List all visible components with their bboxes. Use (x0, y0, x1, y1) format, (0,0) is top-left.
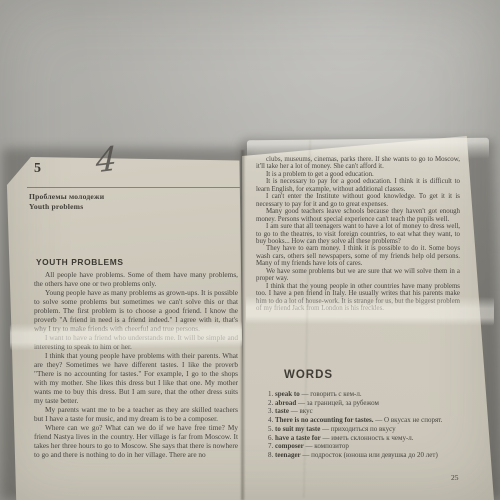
page-seam (240, 150, 245, 500)
chapter-title-en: Youth problems (29, 202, 104, 212)
vocab-number: 2. (268, 399, 273, 407)
paragraph: It is necessary to pay for a good educat… (256, 178, 460, 193)
paragraph: Many good teachers leave schools because… (256, 208, 460, 223)
vocab-item: 3. taste — вкус (268, 407, 444, 415)
paragraph: I think that the young people in other c… (256, 283, 460, 313)
paragraph: All people have problems. Some of them h… (34, 270, 238, 288)
vocab-ru: — за границей, за рубежом (298, 399, 379, 407)
paragraph: Young people have as many problems as gr… (34, 288, 238, 333)
vocab-ru: — говорить с кем-л. (301, 390, 361, 398)
paragraph: My parents want me to be a teacher as th… (34, 405, 238, 423)
vocab-item: 2. abroad — за границей, за рубежом (268, 399, 444, 407)
paragraph: I can't enter the Institute without good… (256, 193, 460, 208)
section-heading: YOUTH PROBLEMS (36, 257, 124, 267)
vocab-item: 6. have a taste for — иметь склонность к… (268, 434, 444, 442)
vocab-en: teenager (275, 451, 301, 459)
vocab-item: 4. There is no accounting for tastes. — … (268, 416, 444, 424)
vocab-en: have a taste for (275, 434, 321, 442)
vocab-number: 6. (268, 434, 273, 442)
vocab-en: composer (275, 442, 304, 450)
vocab-en: There is no accounting for tastes. (275, 416, 374, 424)
vocab-ru: — О вкусах не спорят. (375, 416, 442, 424)
left-page-text: All people have problems. Some of them h… (34, 270, 238, 459)
paragraph: It is a problem to get a good education. (256, 171, 460, 178)
paragraph: clubs, museums, cinemas, parks there. If… (256, 156, 460, 171)
vocab-ru: — подросток (юноша или девушка до 20 лет… (302, 451, 437, 459)
vocab-ru: — вкус (291, 407, 313, 415)
vocab-ru: — композитор (306, 442, 349, 450)
chapter-title-ru: Проблемы молодежи (29, 192, 104, 202)
paragraph: I think that young people have problems … (34, 351, 238, 405)
vocab-number: 5. (268, 425, 273, 433)
vocab-en: abroad (275, 399, 296, 407)
words-heading: WORDS (284, 369, 333, 381)
paragraph: I am sure that all teenagers want to hav… (256, 223, 460, 245)
handwritten-mark: 4 (95, 138, 117, 180)
right-page-number: 25 (451, 473, 459, 482)
vocab-number: 8. (268, 451, 273, 459)
paragraph: We have some problems but we are sure th… (256, 268, 460, 283)
photo-of-textbook: 5 4 Проблемы молодежи Youth problems YOU… (0, 0, 500, 500)
vocab-item: 1. speak to — говорить с кем-л. (268, 390, 444, 398)
vocab-item: 8. teenager — подросток (юноша или девуш… (268, 451, 444, 459)
paragraph: I want to have a friend who understands … (34, 333, 238, 351)
paragraph: They have to earn money. I think it is p… (256, 245, 460, 267)
vocab-number: 4. (268, 416, 273, 424)
vocab-en: speak to (275, 390, 300, 398)
paragraph: Where can we go? What can we do if we ha… (34, 423, 238, 459)
vocab-number: 3. (268, 407, 273, 415)
vocab-en: taste (275, 407, 289, 415)
vocab-en: to suit my taste (275, 425, 320, 433)
vocab-number: 1. (268, 390, 273, 398)
right-page-text: clubs, museums, cinemas, parks there. If… (256, 156, 460, 313)
header-rule (27, 187, 240, 188)
vocabulary-list: 1. speak to — говорить с кем-л. 2. abroa… (268, 390, 444, 460)
vocab-number: 7. (268, 442, 273, 450)
vocab-ru: — приходиться по вкусу (322, 425, 396, 433)
vocab-item: 5. to suit my taste — приходиться по вку… (268, 425, 444, 433)
left-page-number: 5 (34, 161, 41, 177)
vocab-ru: — иметь склонность к чему-л. (322, 434, 413, 442)
vocab-item: 7. composer — композитор (268, 442, 444, 450)
chapter-title: Проблемы молодежи Youth problems (29, 192, 104, 211)
